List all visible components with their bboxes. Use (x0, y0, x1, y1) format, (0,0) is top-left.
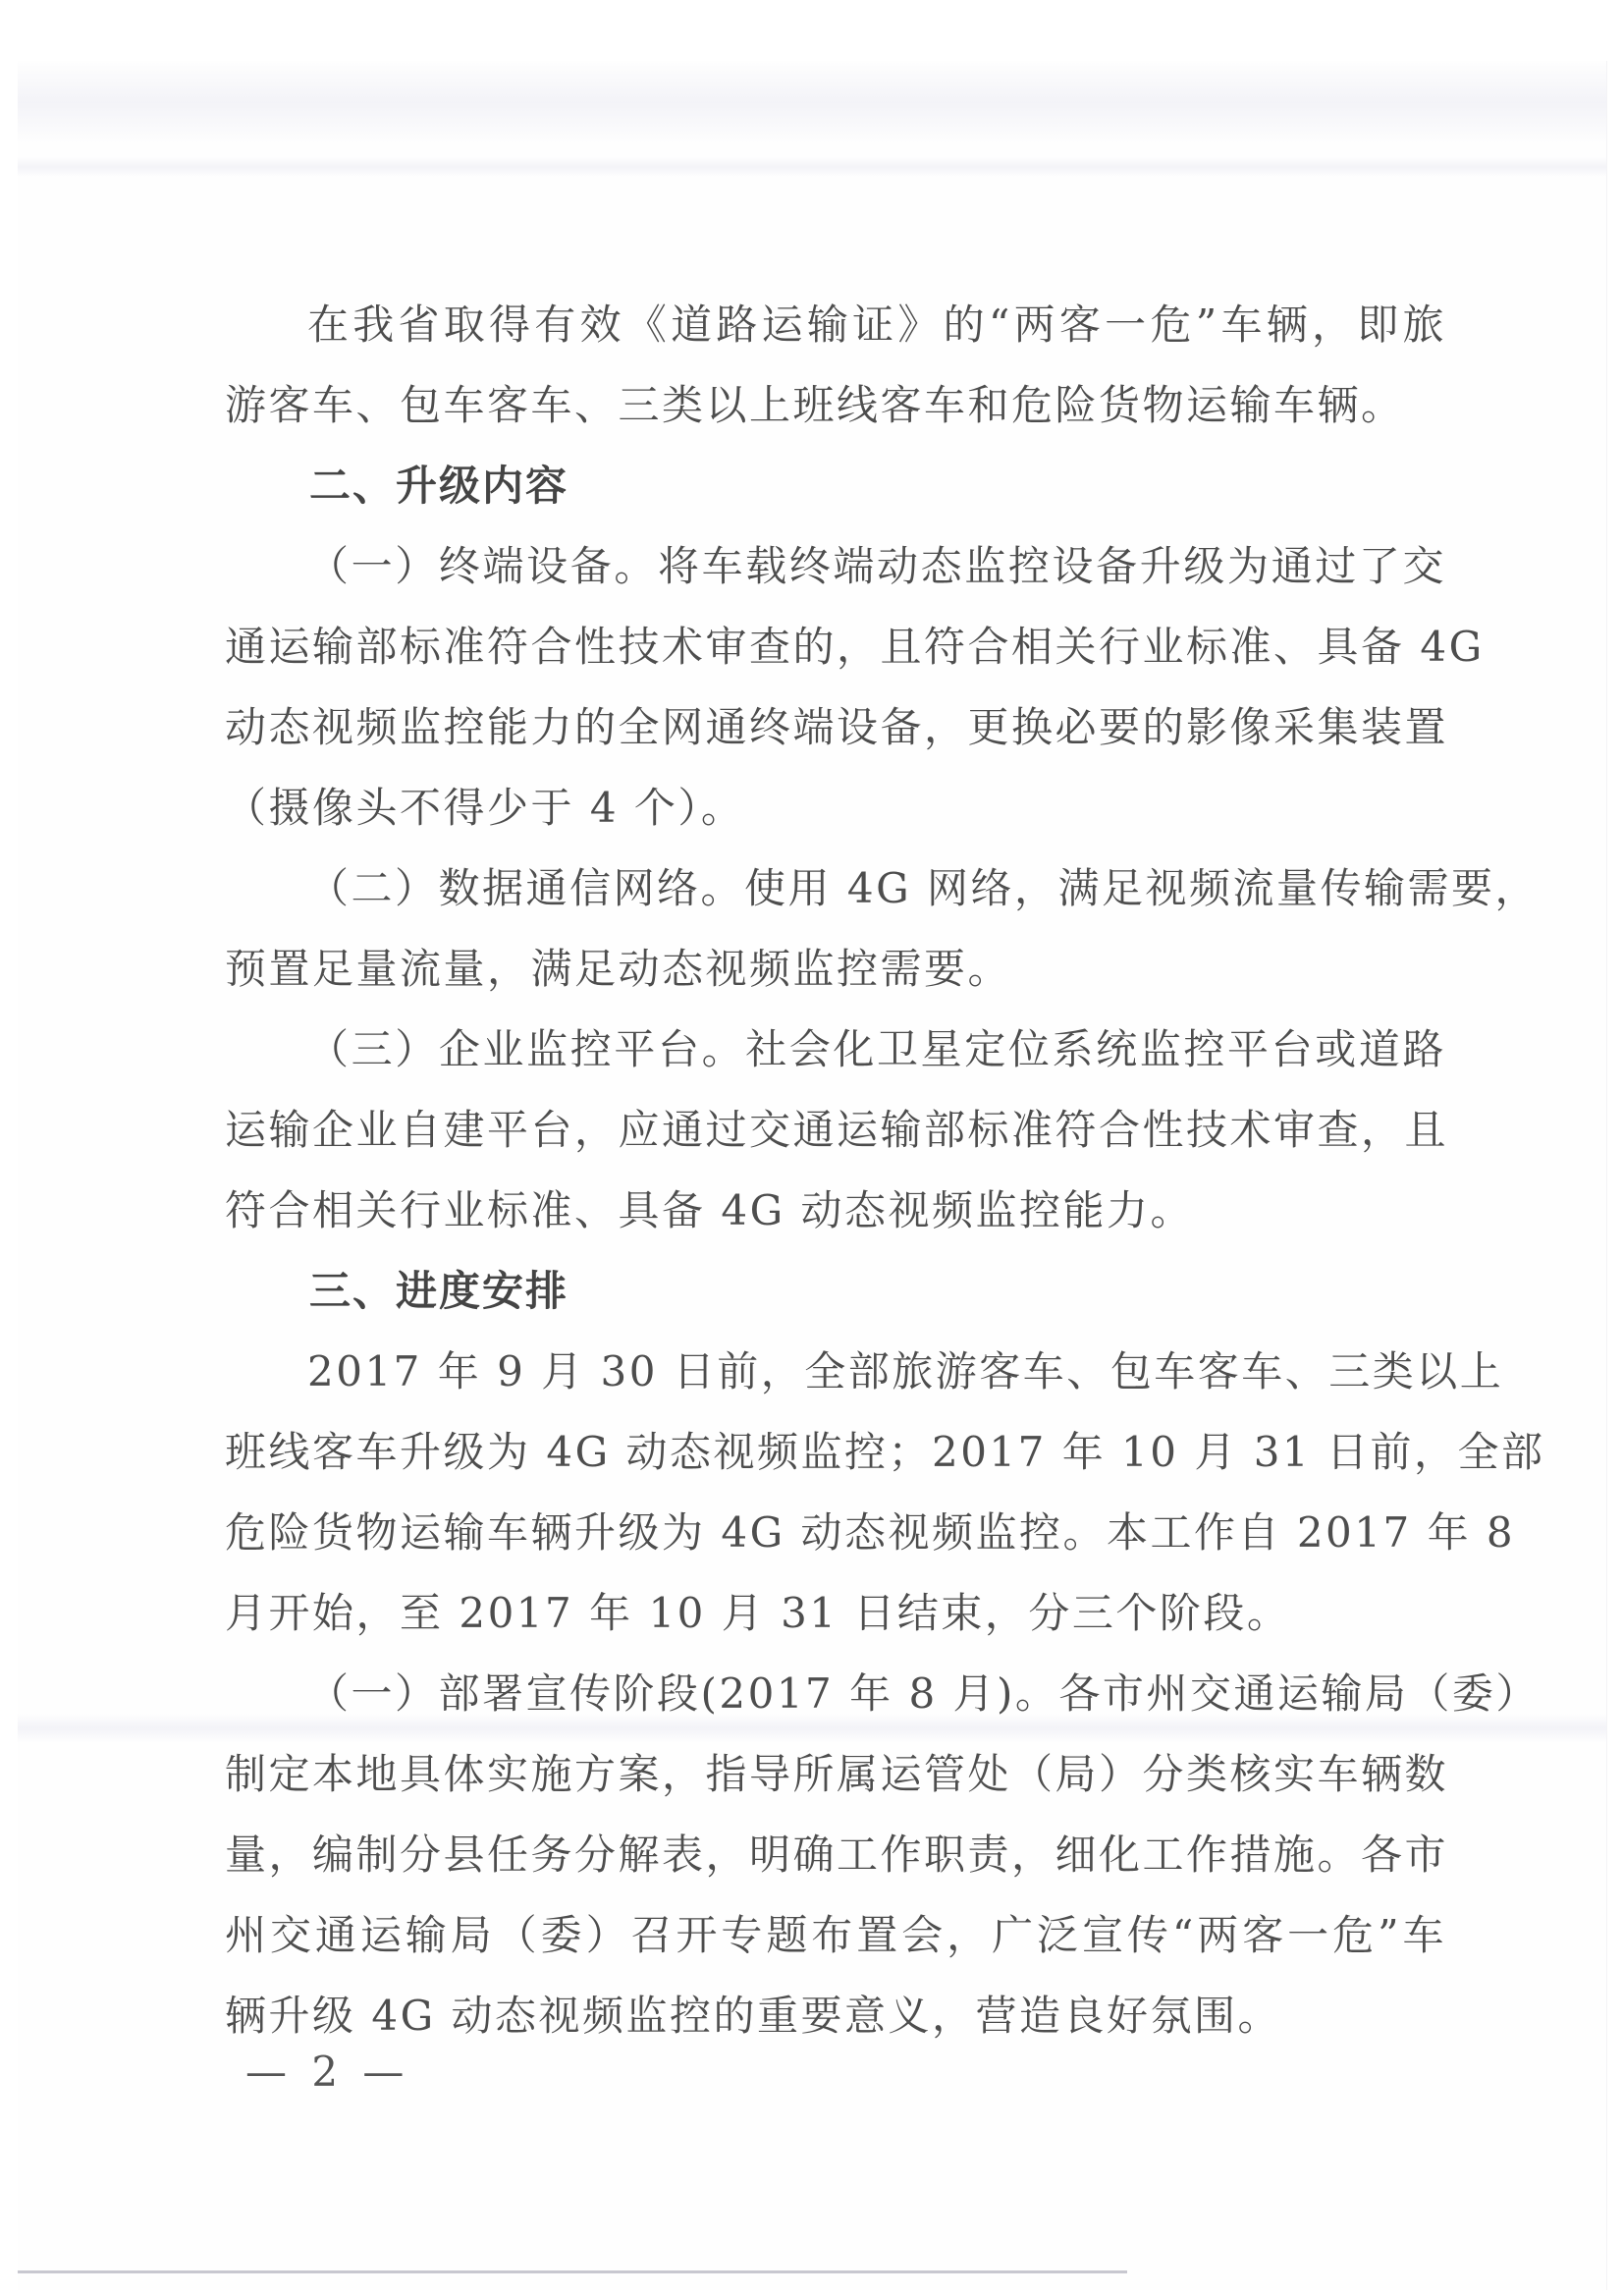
paragraph-line: 动态视频监控能力的全网通终端设备，更换必要的影像采集装置 (225, 687, 1446, 768)
paragraph-line: 危险货物运输车辆升级为 4G 动态视频监控。本工作自 2017 年 8 (225, 1493, 1446, 1573)
scan-edge-line (18, 2270, 1127, 2273)
paragraph-line: 游客车、包车客车、三类以上班线客车和危险货物运输车辆。 (225, 365, 1446, 446)
paragraph-line: （三）企业监控平台。社会化卫星定位系统监控平台或道路 (307, 1010, 1446, 1090)
scan-artifact-band (18, 61, 1606, 144)
page-number: — 2 — (245, 2048, 409, 2096)
paragraph-line: 通运输部标准符合性技术审查的，且符合相关行业标准、具备 4G (225, 607, 1446, 687)
paragraph-line: 班线客车升级为 4G 动态视频监控；2017 年 10 月 31 日前，全部 (225, 1412, 1446, 1493)
paragraph-line: 月开始，至 2017 年 10 月 31 日结束，分三个阶段。 (225, 1573, 1446, 1654)
paragraph-line: （二）数据通信网络。使用 4G 网络，满足视频流量传输需要， (307, 848, 1446, 929)
section-heading-schedule: 三、进度安排 (307, 1251, 1446, 1332)
paragraph-line: 在我省取得有效《道路运输证》的“两客一危”车辆，即旅 (307, 285, 1446, 365)
paragraph-line: （一）终端设备。将车载终端动态监控设备升级为通过了交 (307, 526, 1446, 607)
document-body: 在我省取得有效《道路运输证》的“两客一危”车辆，即旅 游客车、包车客车、三类以上… (307, 285, 1446, 2056)
paragraph-line: （一）部署宣传阶段(2017 年 8 月)。各市州交通运输局（委） (307, 1654, 1446, 1734)
paragraph-line: 运输企业自建平台，应通过交通运输部标准符合性技术审查，且 (225, 1090, 1446, 1171)
paragraph-line: （摄像头不得少于 4 个）。 (225, 768, 1446, 848)
paragraph-line: 2017 年 9 月 30 日前，全部旅游客车、包车客车、三类以上 (307, 1332, 1446, 1412)
scan-artifact-band (18, 157, 1606, 177)
paragraph-line: 辆升级 4G 动态视频监控的重要意义，营造良好氛围。 (225, 1976, 1446, 2056)
paragraph-line: 州交通运输局（委）召开专题布置会，广泛宣传“两客一危”车 (225, 1895, 1446, 1976)
section-heading-upgrade-content: 二、升级内容 (307, 446, 1446, 526)
paragraph-line: 量，编制分县任务分解表，明确工作职责，细化工作措施。各市 (225, 1815, 1446, 1895)
paragraph-line: 制定本地具体实施方案，指导所属运管处（局）分类核实车辆数 (225, 1734, 1446, 1815)
paragraph-line: 预置足量流量，满足动态视频监控需要。 (225, 929, 1446, 1010)
paragraph-line: 符合相关行业标准、具备 4G 动态视频监控能力。 (225, 1171, 1446, 1251)
